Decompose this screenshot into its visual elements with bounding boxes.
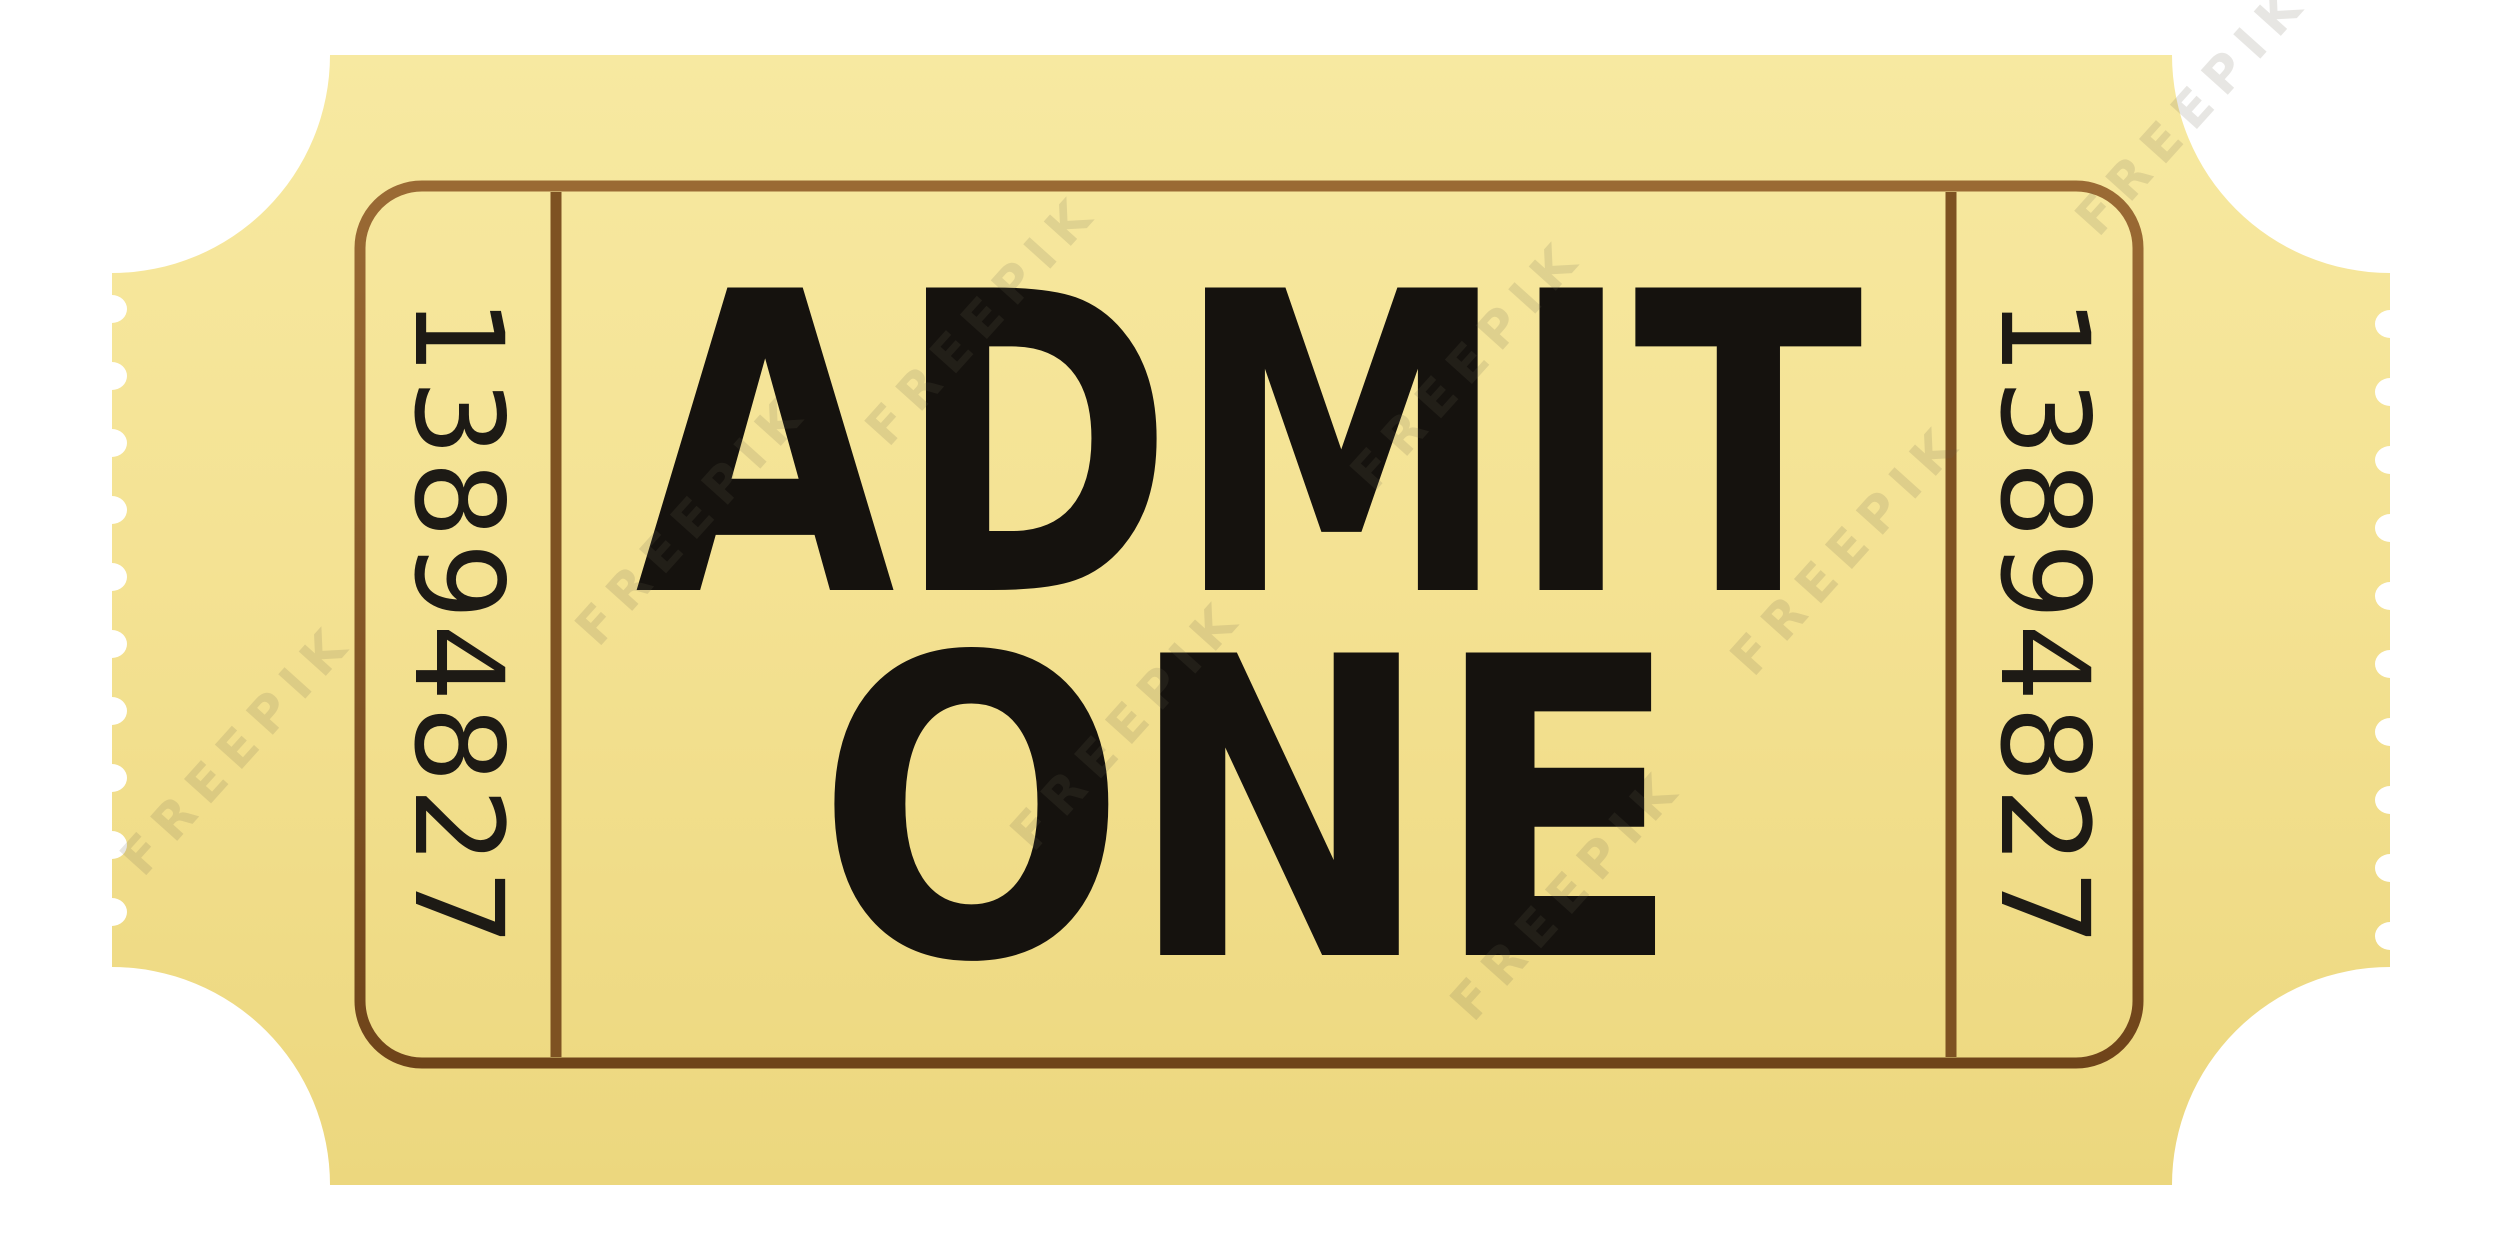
ticket-svg: 13894827 13894827 ADMIT ONE FREEPIK FREE… (0, 0, 2500, 1245)
ticket-illustration: 13894827 13894827 ADMIT ONE FREEPIK FREE… (0, 0, 2500, 1245)
serial-number-right: 13894827 (1973, 298, 2115, 951)
serial-number-left: 13894827 (387, 298, 529, 951)
title-line-one: ONE (816, 571, 1682, 1054)
